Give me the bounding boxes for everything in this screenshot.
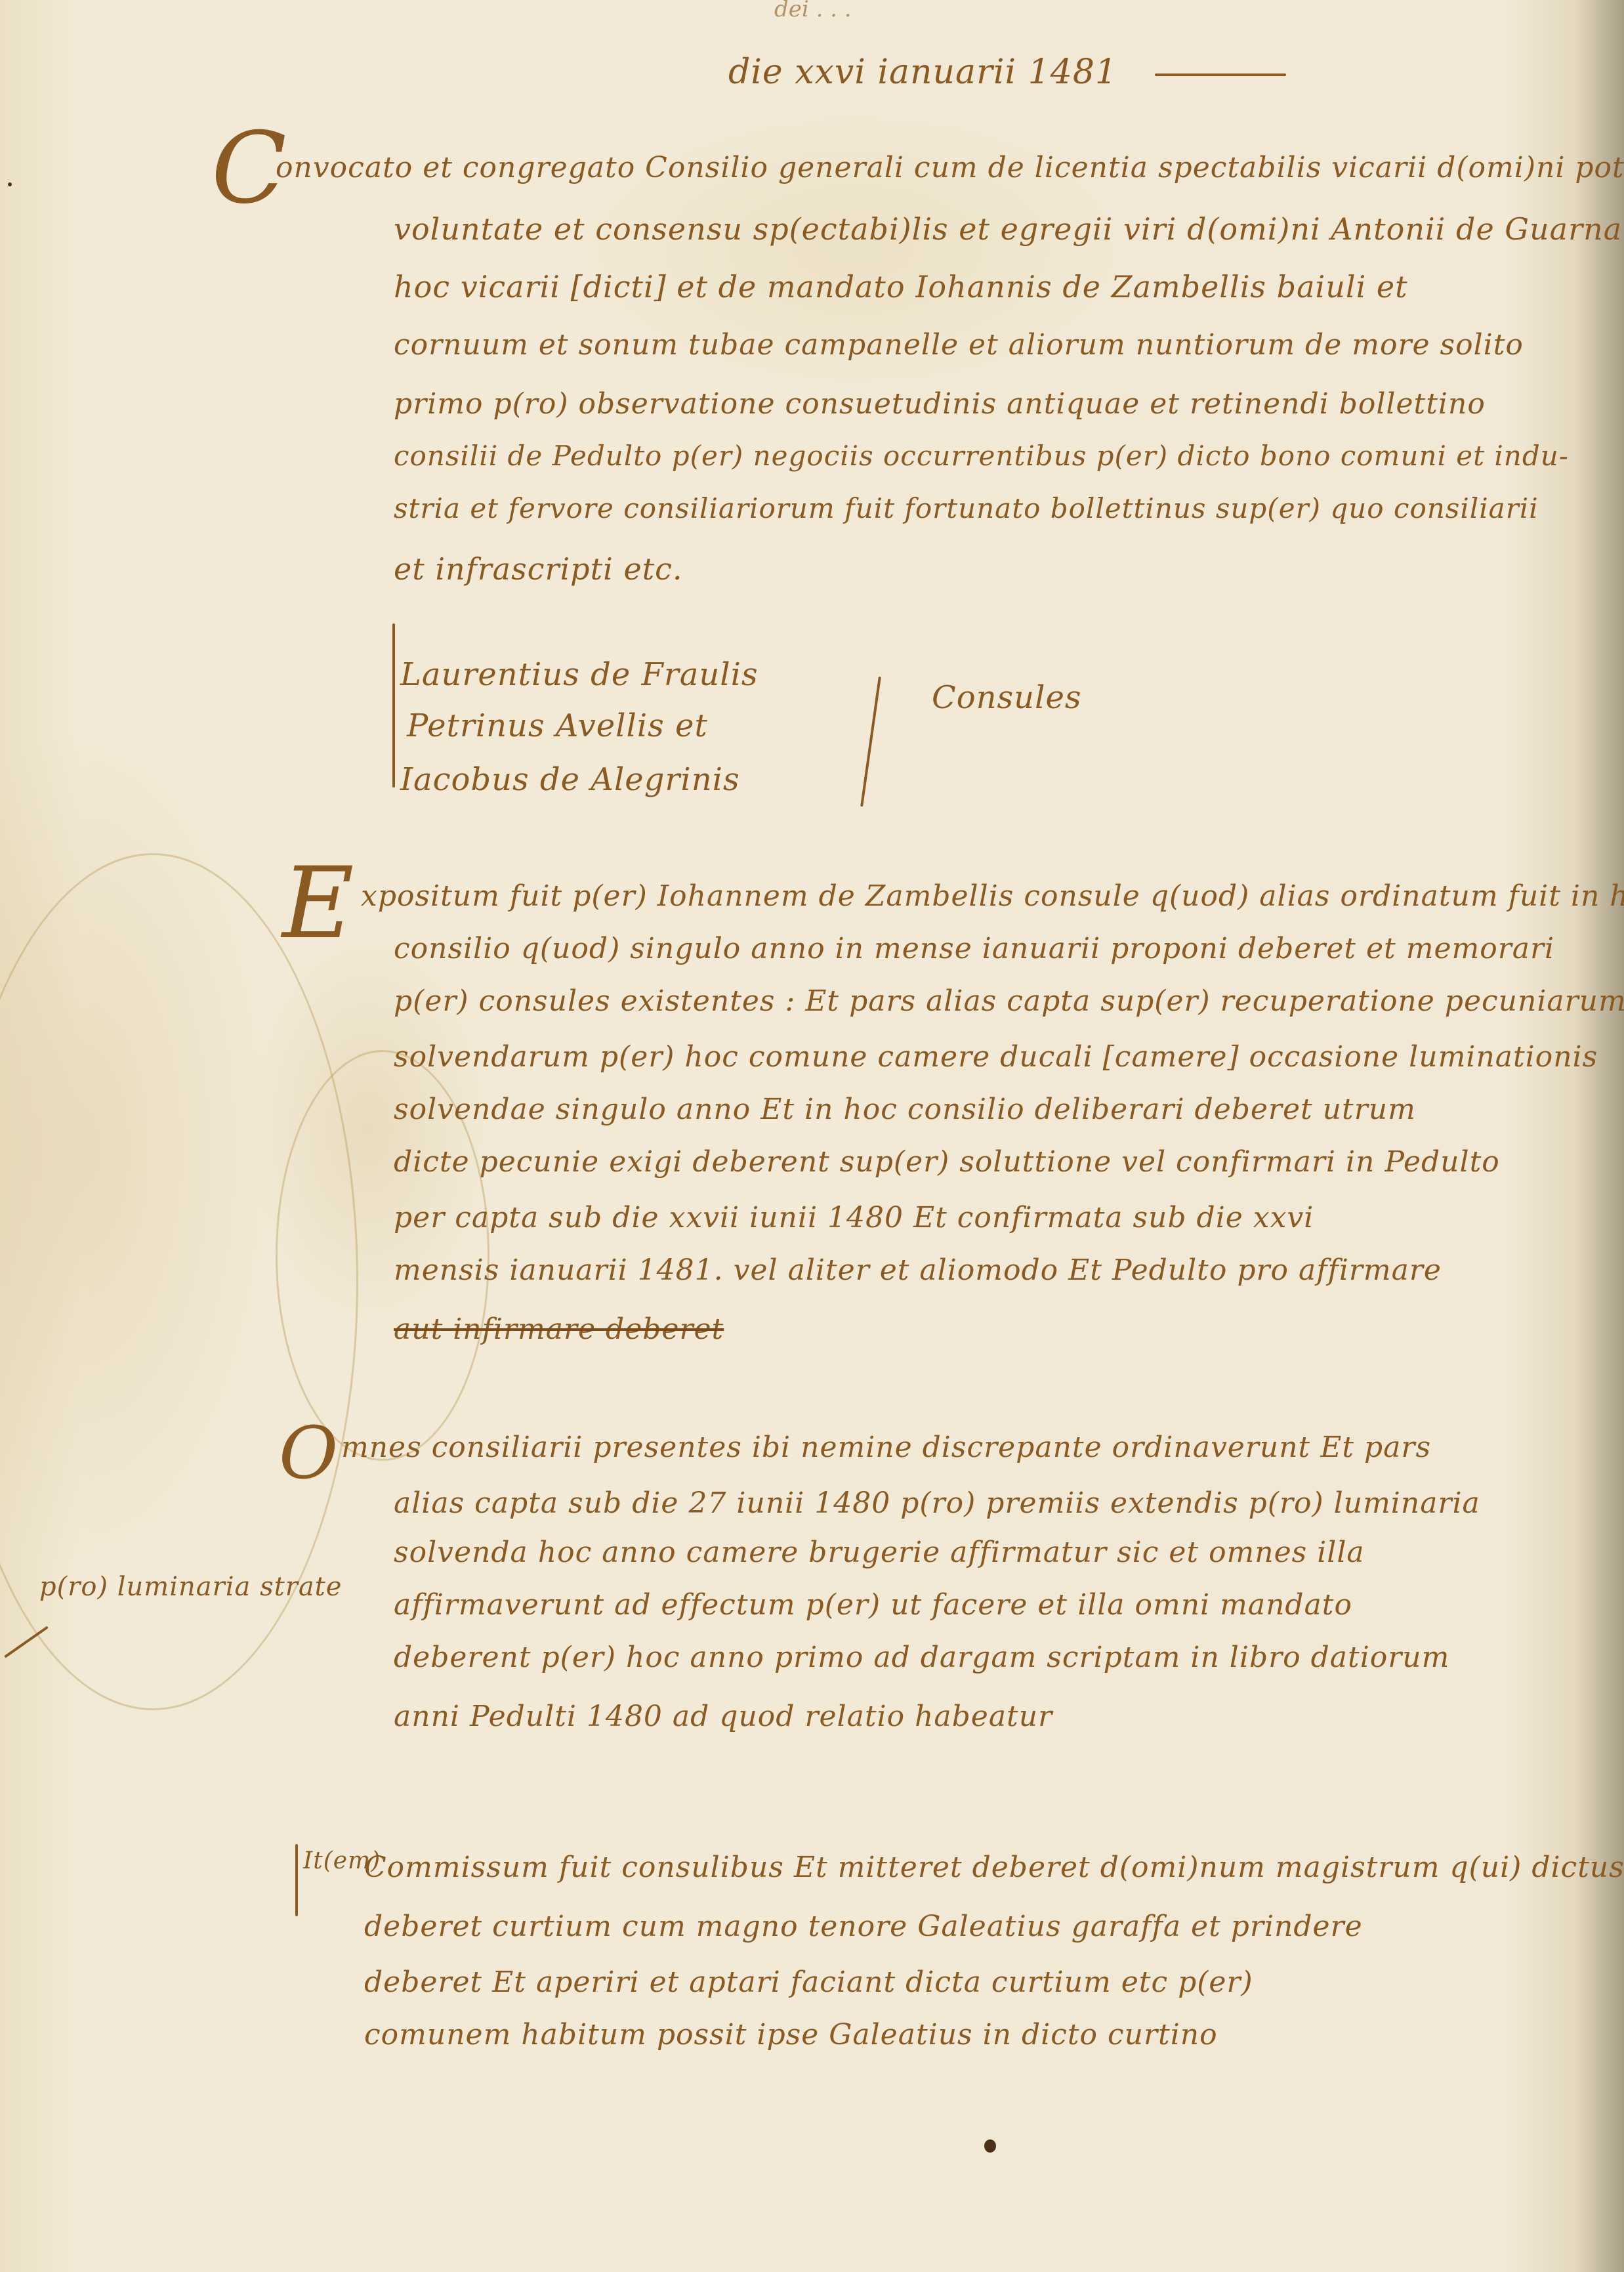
item-marker-stroke (295, 1844, 298, 1916)
date-heading: die xxvi ianuarii 1481 (728, 53, 1117, 92)
paragraph-2-line: p(er) consules existentes : Et pars alia… (394, 984, 1624, 1018)
paragraph-2-line: solvendarum p(er) hoc comune camere duca… (394, 1040, 1598, 1074)
paragraph-1-line: cornuum et sonum tubae campanelle et ali… (394, 328, 1524, 362)
paragraph-2-line: solvendae singulo anno Et in hoc consili… (394, 1093, 1416, 1126)
consul-list-bracket (392, 623, 395, 788)
paragraph-3-line: mnes consiliarii presentes ibi nemine di… (341, 1431, 1431, 1464)
paragraph-1-line: voluntate et consensu sp(ectabi)lis et e… (394, 211, 1624, 247)
top-edge-trace: dei . . . (774, 0, 852, 22)
paragraph-4-line: deberet Et aperiri et aptari faciant dic… (364, 1966, 1253, 1999)
paragraph-3-line: deberent p(er) hoc anno primo ad dargam … (394, 1641, 1449, 1674)
ink-spot (8, 182, 12, 186)
paragraph-1-line: hoc vicarii [dicti] et de mandato Iohann… (394, 269, 1408, 305)
paragraph-3-line: solvenda hoc anno camere brugerie affirm… (394, 1536, 1365, 1569)
paragraph-3-line: anni Pedulti 1480 ad quod relatio habeat… (394, 1700, 1052, 1733)
consuls-label: Consules (932, 679, 1081, 716)
paragraph-1-line: et infrascripti etc. (394, 551, 683, 587)
consul-brace (860, 677, 881, 807)
paragraph-1-line: onvocato et congregato Consilio generali… (276, 151, 1624, 184)
paragraph-4-line: Commissum fuit consulibus Et mitteret de… (364, 1851, 1624, 1884)
paragraph-2-initial: E (282, 847, 354, 961)
paragraph-3-line: affirmaverunt ad effectum p(er) ut facer… (394, 1588, 1352, 1622)
paragraph-3-line: alias capta sub die 27 iunii 1480 p(ro) … (394, 1486, 1480, 1520)
margin-note: p(ro) luminaria strate (39, 1572, 342, 1602)
ink-spot (984, 2139, 996, 2153)
paragraph-2-line: mensis ianuarii 1481. vel aliter et alio… (394, 1253, 1442, 1287)
paragraph-1-line: consilii de Pedulto p(er) negociis occur… (394, 440, 1569, 472)
paragraph-4-line: deberet curtium cum magno tenore Galeati… (364, 1910, 1363, 1943)
paragraph-4-line: comunem habitum possit ipse Galeatius in… (364, 2018, 1218, 2051)
paragraph-2-struck-line: aut infirmare deberet (394, 1313, 724, 1346)
consul-name: Laurentius de Fraulis (400, 656, 759, 693)
paragraph-2-line: consilio q(uod) singulo anno in mense ia… (394, 932, 1554, 965)
paragraph-1-line: stria et fervore consiliariorum fuit for… (394, 492, 1539, 524)
consul-name: Iacobus de Alegrinis (400, 761, 740, 798)
paragraph-2-line: per capta sub die xxvii iunii 1480 Et co… (394, 1201, 1314, 1234)
heading-flourish (1155, 74, 1286, 76)
paragraph-2-line: dicte pecunie exigi deberent sup(er) sol… (394, 1145, 1500, 1179)
paragraph-1-line: primo p(ro) observatione consuetudinis a… (394, 387, 1486, 421)
manuscript-page: dei . . . die xxvi ianuarii 1481 C onvoc… (0, 0, 1624, 2272)
paragraph-3-initial: O (279, 1411, 338, 1495)
consul-name: Petrinus Avellis et (407, 707, 708, 744)
paragraph-2-line: xpositum fuit p(er) Iohannem de Zambelli… (361, 879, 1624, 913)
